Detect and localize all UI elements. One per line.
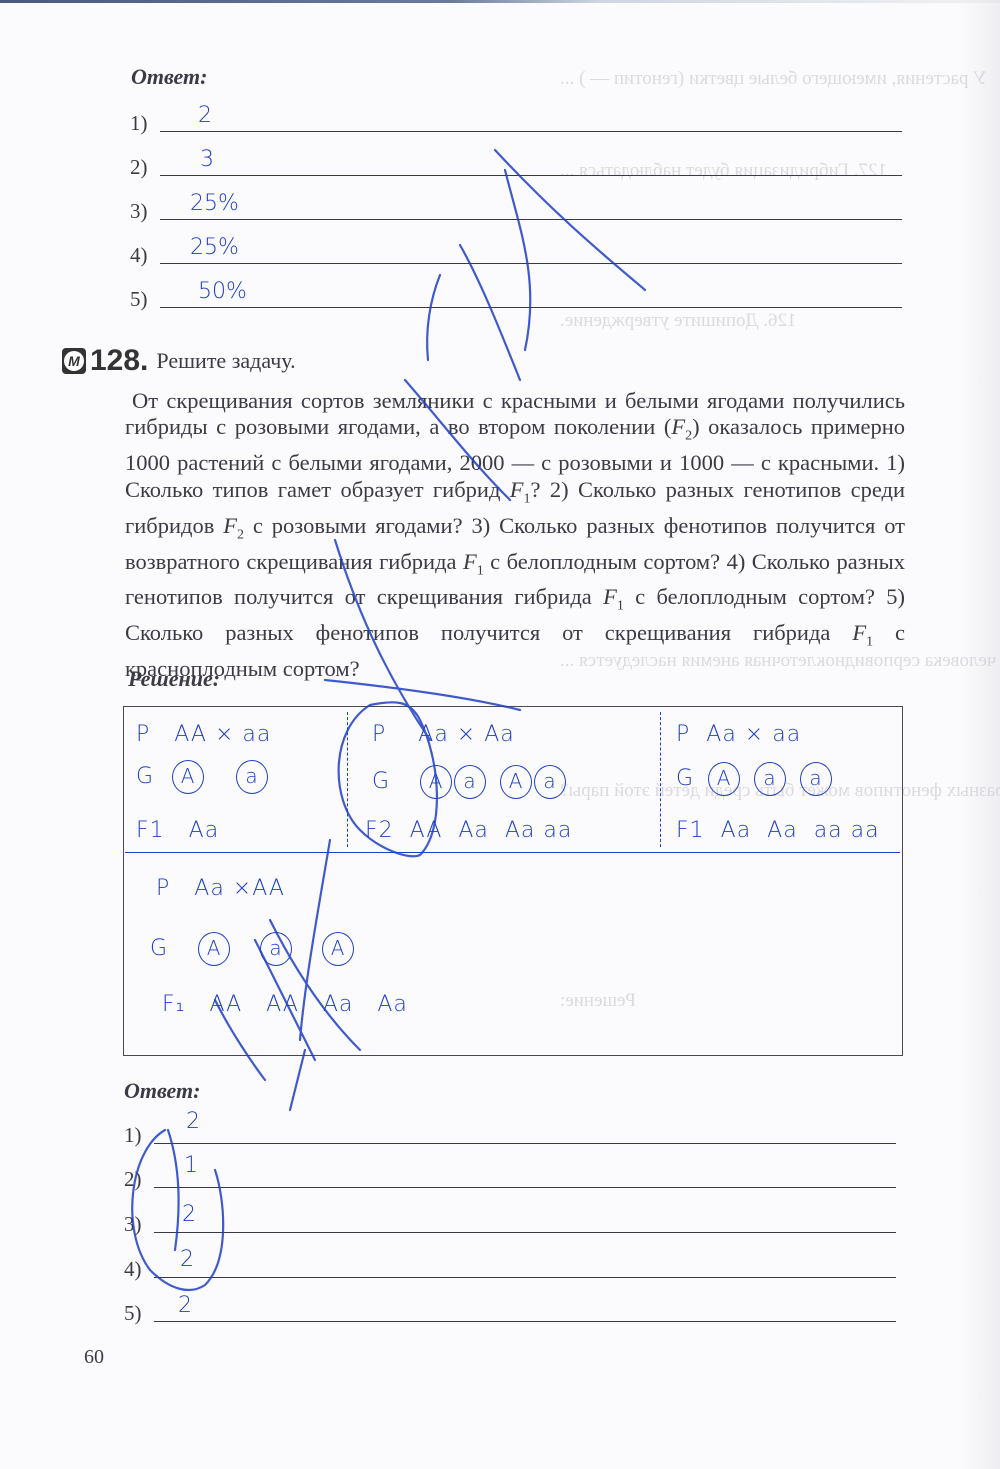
- task-header: M 128. Решите задачу.: [62, 344, 296, 378]
- handwritten-answer: 25%: [190, 191, 239, 216]
- answer-number: 5): [130, 287, 148, 312]
- cross-4-offspring: F₁AA AA Aa Aa: [162, 992, 408, 1017]
- answer-line: [154, 1187, 896, 1188]
- ink-horizontal-rule: [125, 852, 900, 853]
- answer-number: 3): [124, 1212, 142, 1237]
- cross-2-offspring: F2 AA Aa Aa aa: [365, 818, 572, 843]
- task-text: От скрещивания сортов земляники с красны…: [125, 388, 905, 683]
- previous-answer-row-5: 5) 50%: [130, 282, 902, 312]
- handwritten-answer: 25%: [190, 235, 239, 260]
- cross-1-parents: P AA × aa: [136, 722, 271, 747]
- m-badge-icon: M: [62, 348, 86, 374]
- answer-title: Ответ:: [124, 1078, 200, 1104]
- cross-4-gametes: GAaA: [150, 932, 368, 966]
- cross-1-offspring: F1 Aa: [136, 818, 219, 843]
- cross-3-offspring: F1 Aa Aa aa aa: [676, 818, 880, 843]
- answer-number: 1): [124, 1123, 142, 1148]
- ink-divider: [347, 712, 348, 847]
- answer-number: 2): [124, 1167, 142, 1192]
- cross-2-gametes: GAaAa: [372, 765, 580, 799]
- cross-4-parents: P Aa ×AA: [156, 876, 285, 901]
- handwritten-answer: 2: [180, 1247, 194, 1272]
- handwritten-answer: 1: [184, 1153, 198, 1178]
- handwritten-answer: 2: [186, 1109, 200, 1134]
- answer-line: [160, 307, 902, 308]
- handwritten-answer: 2: [198, 103, 212, 128]
- previous-answer-row-2: 2) 3: [130, 150, 902, 180]
- answer-line: [160, 263, 902, 264]
- previous-answer-row-3: 3) 25%: [130, 194, 902, 224]
- answer-row-4: 4) 2: [124, 1252, 896, 1282]
- cross-2-parents: P Aa × Aa: [372, 722, 515, 747]
- handwritten-answer: 3: [200, 147, 214, 172]
- answer-number: 5): [124, 1301, 142, 1326]
- bleed-through-text: 126. Допишите утверждение.: [560, 310, 796, 332]
- cross-1-gametes: GAa: [136, 760, 282, 794]
- scan-top-edge: [0, 0, 1000, 3]
- answer-number: 3): [130, 199, 148, 224]
- answer-line: [160, 219, 902, 220]
- answer-row-2: 2) 1: [124, 1162, 896, 1192]
- task-number: 128.: [90, 344, 148, 378]
- answer-row-1: 1) 2: [124, 1118, 896, 1148]
- previous-answer-row-4: 4) 25%: [130, 238, 902, 268]
- cross-3-parents: P Aa × aa: [676, 722, 801, 747]
- solution-title: Решение:: [128, 666, 220, 692]
- task-instruction: Решите задачу.: [156, 348, 295, 374]
- answer-number: 2): [130, 155, 148, 180]
- handwritten-answer: 50%: [198, 279, 247, 304]
- answer-number: 4): [124, 1257, 142, 1282]
- answer-line: [154, 1277, 896, 1278]
- page-number: 60: [84, 1346, 104, 1369]
- handwritten-answer: 2: [182, 1202, 196, 1227]
- answer-row-3: 3) 2: [124, 1207, 896, 1237]
- answer-line: [154, 1321, 896, 1322]
- answer-number: 4): [130, 243, 148, 268]
- answer-line: [154, 1232, 896, 1233]
- previous-answer-row-1: 1) 2: [130, 106, 902, 136]
- ink-divider: [660, 712, 661, 847]
- answer-row-5: 5) 2: [124, 1296, 896, 1326]
- previous-answer-title: Ответ:: [131, 64, 207, 90]
- answer-number: 1): [130, 111, 148, 136]
- handwritten-answer: 2: [178, 1293, 192, 1318]
- scan-page-shadow: [960, 0, 1000, 1469]
- cross-3-gametes: GAaa: [676, 762, 846, 796]
- answer-line: [154, 1143, 896, 1144]
- answer-line: [160, 131, 902, 132]
- answer-line: [160, 175, 902, 176]
- bleed-through-text: У растения, имеющего белые цветки (генот…: [560, 68, 987, 90]
